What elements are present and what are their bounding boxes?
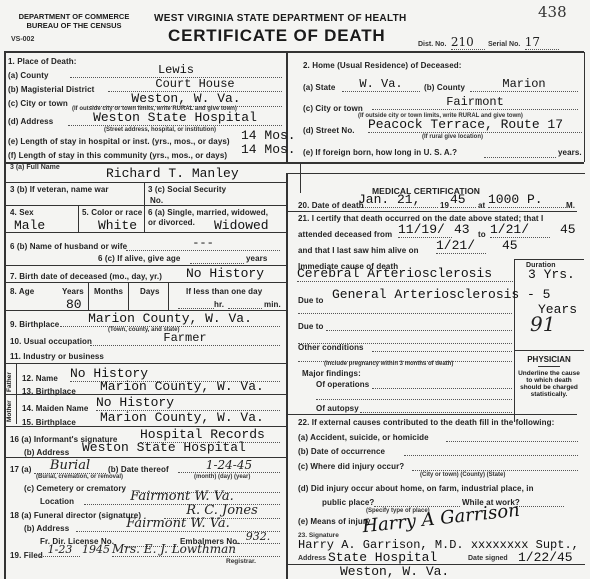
- race-value: White: [98, 218, 137, 233]
- days-label: Days: [140, 287, 160, 296]
- filed-year-value: 1945: [82, 543, 110, 556]
- place-of-death-heading: 1. Place of Death:: [8, 57, 77, 66]
- veteran-label: 3 (b) If veteran, name war: [10, 185, 109, 194]
- ssn-label: 3 (c) Social Security: [148, 185, 226, 194]
- stay-hospital-label: (e) Length of stay in hospital or inst. …: [8, 137, 230, 146]
- occurrence-value: [404, 447, 578, 456]
- hr-label: hr.: [214, 300, 224, 309]
- major-findings-label: Major findings:: [302, 369, 361, 378]
- where-value: [412, 462, 578, 471]
- operations-label: Of operations: [316, 380, 369, 389]
- due-to-2-value: [326, 322, 512, 331]
- spouse-label: 6 (b) Name of husband or wife: [10, 242, 127, 251]
- at-work-value: [516, 498, 564, 507]
- city-label: (c) City or town: [8, 99, 68, 108]
- last-seen-label: and that I last saw him alive on: [298, 246, 419, 255]
- spouse-age-value: [190, 255, 244, 264]
- attended-from-value: 11/19/: [398, 222, 452, 238]
- serial-no-label: Serial No.: [488, 41, 520, 48]
- industry-label: 11. Industry or business: [10, 352, 104, 361]
- operations-line-2: [316, 392, 512, 400]
- full-name-value: Richard T. Manley: [106, 166, 239, 181]
- attended-to-year: 45: [560, 222, 576, 237]
- certificate-title: CERTIFICATE OF DEATH: [168, 26, 385, 46]
- res-street-note: (If rural give location): [422, 134, 483, 140]
- immediate-cause-value: Cerebral Arteriosclerosis: [297, 266, 513, 282]
- dist-no-value: 210: [451, 35, 485, 50]
- rule-name: [5, 182, 287, 183]
- right-border: [584, 52, 585, 162]
- min-label: min.: [264, 300, 281, 309]
- ssn-no-label: No.: [150, 196, 163, 205]
- physician-title-rule: [538, 366, 560, 367]
- birth-date-label: 7. Birth date of deceased (mo., day, yr.…: [10, 272, 162, 281]
- days-divider: [168, 283, 169, 310]
- res-city-value: Fairmont: [372, 95, 578, 110]
- disposition-value: Burial: [34, 458, 106, 474]
- res-county-value: Marion: [470, 77, 578, 92]
- death-m-label: M.: [566, 201, 575, 210]
- section-rule-1: [4, 162, 584, 164]
- spouse-value: ---: [126, 236, 280, 251]
- birth-date-value: No History: [186, 266, 264, 281]
- date-signed-value: 1/22/45: [518, 550, 573, 565]
- medical-top-rule: [287, 173, 585, 174]
- due-to-2-mark: 91: [530, 312, 555, 336]
- date-signed-label: Date signed: [468, 555, 508, 562]
- where-label: (c) Where did injury occur?: [298, 462, 404, 471]
- due-to-line-2: [298, 306, 512, 314]
- duration-top: [514, 259, 584, 260]
- residence-heading: 2. Home (Usual Residence) of Deceased:: [303, 61, 462, 70]
- district-value: Court House: [108, 77, 282, 92]
- disposition-label: 17 (a): [10, 465, 32, 474]
- res-county-label: (b) County: [424, 83, 465, 92]
- registrar-signature: Mrs. E. J. Lowthman: [112, 542, 280, 557]
- due-to-2-label: Due to: [298, 322, 324, 331]
- address-label: (d) Address: [8, 117, 53, 126]
- months-label: Months: [94, 287, 123, 296]
- rule-sex: [5, 232, 287, 233]
- informant-address-value: Weston State Hospital: [82, 440, 246, 455]
- hours-value: [178, 301, 214, 309]
- autopsy-label: Of autopsy: [316, 404, 359, 413]
- immediate-duration: 3 Yrs.: [528, 267, 575, 282]
- pregnancy-note: (Include pregnancy within 3 months of de…: [324, 361, 453, 367]
- rule-birthdate: [5, 282, 287, 283]
- signature-address-label: Address: [298, 555, 326, 562]
- duration-divider: [514, 259, 515, 422]
- res-state-label: (a) State: [303, 83, 335, 92]
- mother-birthplace-value: Marion County, W. Va.: [100, 410, 264, 425]
- death-year-prefix: 19: [440, 201, 449, 210]
- accident-label: (a) Accident, suicide, or homicide: [298, 433, 429, 442]
- operations-value: [372, 380, 512, 389]
- spouse-age-suffix: years: [246, 254, 267, 263]
- months-divider: [128, 283, 129, 310]
- mother-maiden-value: No History: [96, 395, 280, 411]
- spouse-age-label: 6 (c) If alive, give age: [98, 254, 180, 263]
- county-label: (a) County: [8, 71, 49, 80]
- filed-label: 19. Filed: [10, 551, 43, 560]
- physician-box-top: [514, 350, 584, 351]
- death-date-label: 20. Date of death: [298, 201, 364, 210]
- due-to-label: Due to: [298, 296, 324, 305]
- attended-to-value: 1/21/: [490, 222, 550, 238]
- rule-veteran: [5, 205, 287, 206]
- disposition-note: (Burial, cremation, or removal): [36, 474, 123, 480]
- state-department: WEST VIRGINIA STATE DEPARTMENT OF HEALTH: [154, 13, 407, 24]
- death-date-value: Jan. 21,: [358, 192, 438, 208]
- death-certificate: DEPARTMENT OF COMMERCE BUREAU OF THE CEN…: [0, 0, 590, 579]
- serial-no-value: 17: [525, 35, 559, 50]
- veteran-divider: [144, 183, 145, 205]
- res-street-value: Peacock Terrace, Route 17: [368, 117, 582, 133]
- marital-label-2: or divorced.: [148, 218, 195, 227]
- where-note: (City or town) (County) (State): [420, 472, 505, 478]
- rule-death-date: [287, 211, 577, 212]
- birthplace-label: 9. Birthplace: [10, 320, 59, 329]
- physician-title: PHYSICIAN: [514, 355, 584, 364]
- rule-medical-end: [287, 414, 577, 415]
- years-label: Years: [62, 287, 84, 296]
- dist-no-field: Dist. No. 210: [418, 33, 485, 51]
- race-divider: [144, 206, 145, 232]
- stamp-number: 438: [538, 3, 567, 21]
- occupation-label: 10. Usual occupation: [10, 337, 92, 346]
- less-day-label: If less than one day: [186, 287, 262, 296]
- county-value: Lewis: [70, 63, 282, 78]
- location-label: Location: [40, 497, 74, 506]
- burial-date-label: (b) Date thereof: [108, 465, 169, 474]
- signature-city: Weston, W. Va.: [340, 564, 449, 579]
- informant-address-label: (b) Address: [24, 448, 69, 457]
- attended-label: attended deceased from: [298, 230, 392, 239]
- sex-divider: [78, 206, 79, 232]
- stay-community-label: (f) Length of stay in this community (yr…: [8, 151, 227, 160]
- external-heading: 22. If external causes contributed to th…: [298, 418, 554, 427]
- accident-value: [446, 433, 578, 442]
- res-state-value: W. Va.: [342, 77, 420, 92]
- foreign-born-suffix: years.: [558, 148, 582, 157]
- sex-value: Male: [14, 218, 45, 233]
- fd-address-label: (b) Address: [24, 524, 69, 533]
- means-label: (e) Means of injury: [298, 517, 371, 526]
- years-divider: [88, 283, 89, 310]
- home-label: (d) Did injury occur about home, on farm…: [298, 484, 534, 493]
- foreign-born-label: (e) If foreign born, how long in U. S. A…: [303, 148, 457, 157]
- other-conditions-label: Other conditions: [298, 343, 364, 352]
- physician-note: Underline the cause to which death shoul…: [516, 370, 582, 398]
- full-name-label: 3 (a) Full Name: [10, 164, 60, 171]
- public-place-label: public place?: [322, 498, 374, 507]
- last-seen-year: 45: [502, 238, 518, 253]
- occupation-value: Farmer: [90, 331, 280, 346]
- mother-side-label: Mother: [6, 394, 13, 422]
- serial-no-field: Serial No. 17: [488, 33, 559, 51]
- burial-date-note: (month) (day) (year): [194, 474, 250, 480]
- father-side-label: Father: [6, 366, 13, 392]
- department-header: DEPARTMENT OF COMMERCE BUREAU OF THE CEN…: [14, 12, 134, 30]
- sex-label: 4. Sex: [10, 208, 34, 217]
- stay-hospital-value: 14 Mos.: [241, 128, 296, 143]
- age-label: 8. Age: [10, 287, 34, 296]
- dist-no-label: Dist. No.: [418, 41, 446, 48]
- public-place-value: [374, 498, 460, 507]
- death-at-label: at: [478, 201, 485, 210]
- registrar-label: Registrar.: [226, 558, 256, 565]
- other-conditions-value: [372, 343, 512, 352]
- mother-maiden-label: 14. Maiden Name: [22, 404, 88, 413]
- foreign-born-value: [484, 148, 556, 158]
- birthplace-value: Marion County, W. Va.: [60, 311, 280, 327]
- attended-from-year: 43: [454, 222, 470, 237]
- marital-label: 6 (a) Single, married, widowed,: [148, 208, 268, 217]
- middle-divider: [286, 173, 288, 579]
- death-time-value: 1000 P.: [488, 192, 566, 208]
- dept-line-2: BUREAU OF THE CENSUS: [14, 21, 134, 30]
- minutes-value: [228, 301, 262, 309]
- burial-date-value: 1-24-45: [178, 458, 280, 473]
- form-code: VS-002: [11, 36, 34, 43]
- city-value: Weston, W. Va.: [90, 91, 282, 107]
- due-to-value: General Arteriosclerosis - 5: [332, 287, 550, 302]
- father-birthplace-value: Marion County, W. Va.: [100, 379, 264, 394]
- race-label: 5. Color or race: [82, 208, 142, 217]
- header-rule: [4, 51, 584, 53]
- signature-address-value: State Hospital: [328, 550, 437, 565]
- occurrence-label: (b) Date of occurrence: [298, 447, 385, 456]
- rule-industry: [5, 363, 287, 364]
- res-street-label: (d) Street No.: [303, 126, 355, 135]
- death-year-value: 45: [450, 192, 476, 208]
- dept-line-1: DEPARTMENT OF COMMERCE: [14, 12, 134, 21]
- district-label: (b) Magisterial District: [8, 85, 94, 94]
- marital-value: Widowed: [214, 218, 269, 233]
- stay-community-value: 14 Mos.: [241, 142, 296, 157]
- last-seen-value: 1/21/: [436, 238, 486, 254]
- autopsy-value: [360, 404, 512, 413]
- address-note: (Street address, hospital, or institutio…: [104, 127, 216, 133]
- filed-date-value: 1-23: [40, 543, 80, 557]
- father-name-label: 12. Name: [22, 374, 58, 383]
- left-border: [4, 52, 6, 579]
- address-value: Weston State Hospital: [68, 110, 282, 126]
- upper-divider: [300, 163, 301, 193]
- res-city-label: (c) City or town: [303, 104, 363, 113]
